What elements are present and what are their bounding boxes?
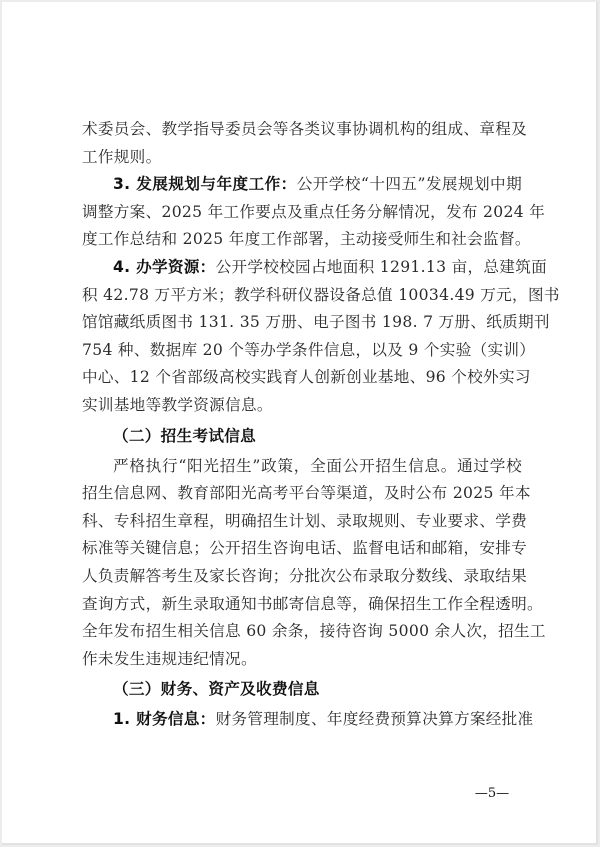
section-heading-admissions: （二）招生考试信息 xyxy=(82,420,522,453)
text-line: 科、专科招生章程，明确招生计划、录取规则、专业要求、学费 xyxy=(82,508,522,536)
text-line: 调整方案、2025 年工作要点及重点任务分解情况，发布 2024 年 xyxy=(82,199,522,227)
item-text: 公开学校“十四五”发展规划中期 xyxy=(297,175,522,193)
text-line: 查询方式，新生录取通知书邮寄信息等，确保招生工作全程透明。 xyxy=(82,591,522,619)
document-page: 术委员会、教学指导委员会等各类议事协调机构的组成、章程及 工作规则。 3. 发展… xyxy=(2,2,598,845)
page-content: 术委员会、教学指导委员会等各类议事协调机构的组成、章程及 工作规则。 3. 发展… xyxy=(82,116,522,734)
page-number: —5— xyxy=(472,786,512,801)
text-line: 中心、12 个省部级高校实践育人创新创业基地、96 个校外实习 xyxy=(82,364,522,392)
text-line: 全年发布招生相关信息 60 余条，接待咨询 5000 余人次，招生工 xyxy=(82,618,522,646)
text-line: 标准等关键信息；公开招生咨询电话、监督电话和邮箱，安排专 xyxy=(82,535,522,563)
numbered-item-3: 3. 发展规划与年度工作：公开学校“十四五”发展规划中期 xyxy=(82,171,522,199)
text-line: 积 42.78 万平方米；教学科研仪器设备总值 10034.49 万元，图书 xyxy=(82,282,522,310)
item-label: 4. 办学资源： xyxy=(113,258,216,276)
text-line: 754 种、数据库 20 个等办学条件信息，以及 9 个实验（实训） xyxy=(82,337,522,365)
text-line: 实训基地等教学资源信息。 xyxy=(82,392,522,420)
item-label: 3. 发展规划与年度工作： xyxy=(113,175,297,193)
text-line: 术委员会、教学指导委员会等各类议事协调机构的组成、章程及 xyxy=(82,116,522,144)
text-line: 度工作总结和 2025 年度工作部署，主动接受师生和社会监督。 xyxy=(82,226,522,254)
text-line: 人负责解答考生及家长咨询；分批次公布录取分数线、录取结果 xyxy=(82,563,522,591)
text-line: 招生信息网、教育部阳光高考平台等渠道，及时公布 2025 年本 xyxy=(82,480,522,508)
text-line: 严格执行“阳光招生”政策，全面公开招生信息。通过学校 xyxy=(82,453,522,481)
item-text: 公开学校校园占地面积 1291.13 亩，总建筑面 xyxy=(216,258,547,276)
item-text: 财务管理制度、年度经费预算决算方案经批准 xyxy=(216,710,534,728)
text-line: 作未发生违规违纪情况。 xyxy=(82,646,522,674)
numbered-item-4: 4. 办学资源：公开学校校园占地面积 1291.13 亩，总建筑面 xyxy=(82,254,522,282)
section-heading-finance: （三）财务、资产及收费信息 xyxy=(82,673,522,706)
text-line: 馆馆藏纸质图书 131. 35 万册、电子图书 198. 7 万册、纸质期刊 xyxy=(82,309,522,337)
numbered-item-1: 1. 财务信息：财务管理制度、年度经费预算决算方案经批准 xyxy=(82,706,522,734)
text-line: 工作规则。 xyxy=(82,144,522,172)
item-label: 1. 财务信息： xyxy=(113,710,216,728)
